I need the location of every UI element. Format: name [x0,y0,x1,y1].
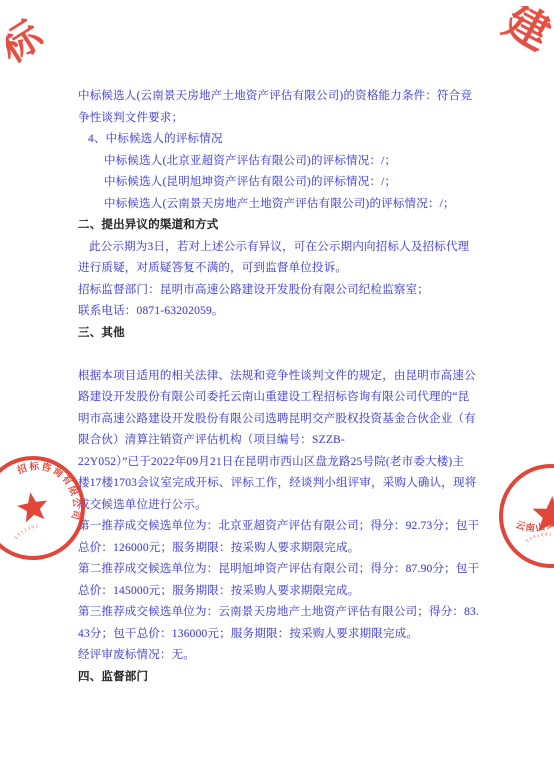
document-line: 经评审废标情况：无。 [78,645,480,667]
document-line: 43分；包干总价：136000元；服务期限：按采购人要求期限完成。 [78,624,480,646]
document-line: 4、中标候选人的评标情况 [78,129,480,151]
document-line: 四、监督部门 [78,667,480,689]
seal-ring [498,463,554,570]
document-line: 招标监督部门：昆明市高速公路建设开发股份有限公司纪检监察室； [78,280,480,302]
seal-arc-text: 招标咨询有限公司 [14,453,86,532]
document-line [78,344,480,366]
document-line: 成交候选单位进行公示。 [78,495,480,517]
document-line: 明市高速公路建设开发股份有限公司选聘昆明交产股权投资基金合伙企业（有 [78,409,480,431]
document-line: 联系电话：0871-63202059。 [78,301,480,323]
stamp-fragment-top-left: 标 [6,18,52,68]
seal-arc-text: 云南山重建设工程 [514,480,554,537]
document-line: 总价：145000元；服务期限：按采购人要求期限完成。 [78,581,480,603]
stamp-fragment-glyph: 建 [495,6,554,60]
document-line: 中标候选人(昆明旭坤资产评估有限公司)的评标情况：/； [78,172,480,194]
seal-star-icon [15,490,50,524]
document-line: 楼17楼1703会议室完成开标、评标工作，经谈判小组评审，采购人确认，现将 [78,473,480,495]
document-line: 三、其他 [78,323,480,345]
document-line: 争性谈判文件要求； [78,108,480,130]
seal-serial: 5313302 [12,523,42,541]
document-line: 第三推荐成交候选单位为：云南景天房地产土地资产评估有限公司；得分：83. [78,602,480,624]
document-line: 路建设开发股份有限公司委托云南山重建设工程招标咨询有限公司代理的“昆 [78,387,480,409]
document-line: 进行质疑，对质疑答复不满的，可到监督单位投诉。 [78,258,480,280]
stamp-fragment-top-right: 建 [492,6,554,60]
document-line: 22Y052）”已于2022年09月21日在昆明市西山区盘龙路25号院(老市委大… [78,452,480,474]
document-line: 第一推荐成交候选单位为：北京亚超资产评估有限公司；得分：92.73分；包干 [78,516,480,538]
document-line: 二、提出异议的渠道和方式 [78,215,480,237]
document-line: 中标候选人(云南景天房地产土地资产评估有限公司)的评标情况：/； [78,194,480,216]
document-line: 中标候选人(北京亚超资产评估有限公司)的评标情况：/； [78,151,480,173]
document-body: 中标候选人(云南景天房地产土地资产评估有限公司)的资格能力条件：符合竞争性谈判文… [78,86,480,688]
document-line: 限合伙）清算注销资产评估机构（项目编号：SZZB- [78,430,480,452]
document-line: 根据本项目适用的相关法律、法规和竞争性谈判文件的规定，由昆明市高速公 [78,366,480,388]
document-line: 中标候选人(云南景天房地产土地资产评估有限公司)的资格能力条件：符合竞 [78,86,480,108]
seal-star-icon [531,495,554,534]
document-line: 第二推荐成交候选单位为：昆明旭坤资产评估有限公司；得分：87.90分；包干 [78,559,480,581]
seal-serial: 5301081 [525,530,554,545]
scanned-document-page: 标 建 中标候选人(云南景天房地产土地资产评估有限公司)的资格能力条件：符合竞争… [0,0,554,783]
document-line: 总价：126000元；服务期限：按采购人要求期限完成。 [78,538,480,560]
document-line: 此公示期为3日，若对上述公示有异议，可在公示期内向招标人及招标代理 [78,237,480,259]
stamp-fragment-glyph: 标 [6,18,52,68]
